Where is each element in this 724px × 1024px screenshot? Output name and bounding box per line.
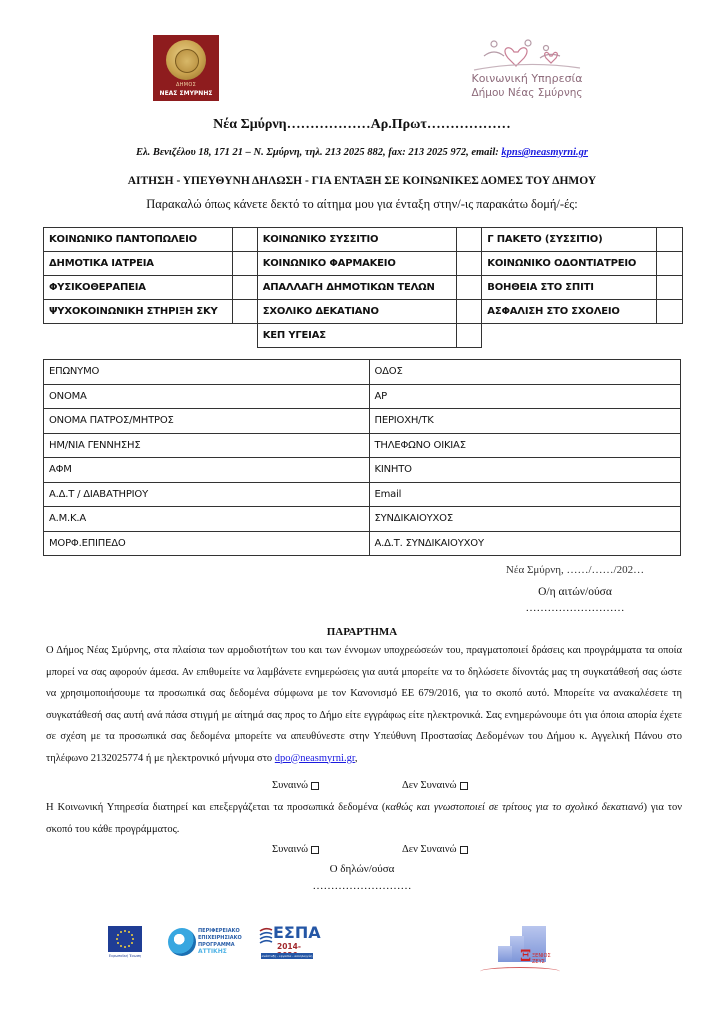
table-row: ΑΦΜΚΙΝΗΤΟ [44, 458, 681, 483]
xi-letter-icon: Ξ [520, 946, 531, 965]
regional-programme-logo: ΠΕΡΙΦΕΡΕΙΑΚΟ ΕΠΙΧΕΙΡΗΣΙΑΚΟ ΠΡΟΓΡΑΜΜΑ ΑΤΤ… [168, 926, 248, 962]
table-row: Α.Μ.Κ.ΑΣΥΝΔΙΚΑΙΟΥΧΟΣ [44, 507, 681, 532]
social-service-logo: Κοινωνική Υπηρεσία Δήμου Νέας Σμύρνης [462, 38, 592, 100]
structure-checkbox[interactable] [657, 228, 683, 252]
personal-field[interactable]: ΚΙΝΗΤΟ [369, 458, 681, 483]
structure-checkbox[interactable] [657, 252, 683, 276]
annex-paragraph-2-start: Η Κοινωνική Υπηρεσία διατηρεί και επεξερ… [46, 802, 385, 813]
structure-checkbox[interactable] [456, 300, 482, 324]
email-link[interactable]: kpns@neasmyrni.gr [501, 147, 588, 158]
empty-cell [482, 324, 657, 348]
table-row: Α.Δ.Τ / ΔΙΑΒΑΤΗΡΙΟΥEmail [44, 482, 681, 507]
structure-checkbox[interactable] [232, 276, 257, 300]
table-row: ΦΥΣΙΚΟΘΕΡΑΠΕΙΑΑΠΑΛΛΑΓΗ ΔΗΜΟΤΙΚΩΝ ΤΕΛΩΝΒΟ… [44, 276, 683, 300]
eu-label: Ευρωπαϊκή Ένωση [100, 954, 150, 958]
annex-paragraph-1-end: , [355, 753, 358, 764]
document-title: ΑΙΤΗΣΗ - ΥΠΕΥΘΥΝΗ ΔΗΛΩΣΗ - ΓΙΑ ΕΝΤΑΞΗ ΣΕ… [0, 175, 724, 187]
star-icon [131, 934, 133, 936]
personal-field[interactable]: ΣΥΝΔΙΚΑΙΟΥΧΟΣ [369, 507, 681, 532]
empty-cell [44, 324, 233, 348]
personal-field[interactable]: ΑΡ [369, 384, 681, 409]
eu-flag-logo [108, 926, 142, 952]
star-icon [120, 945, 122, 947]
applicant-signature-field[interactable]: ……………………… [470, 602, 680, 614]
structure-checkbox[interactable] [456, 252, 482, 276]
declarant-signature-field[interactable]: ……………………… [0, 880, 724, 892]
star-icon [117, 934, 119, 936]
structure-label: ΚΟΙΝΩΝΙΚΟ ΠΑΝΤΟΠΩΛΕΙΟ [44, 228, 233, 252]
table-row: ΚΕΠ ΥΓΕΙΑΣ [44, 324, 683, 348]
star-icon [128, 931, 130, 933]
espa-word: ΕΣΠΑ [273, 923, 321, 942]
table-row: ΗΜ/ΝΙΑ ΓΕΝΝΗΣΗΣΤΗΛΕΦΩΝΟ ΟΙΚΙΑΣ [44, 433, 681, 458]
social-service-logo-line2: Δήμου Νέας Σμύρνης [462, 87, 592, 99]
consent-no-2[interactable]: Δεν Συναινώ [402, 844, 468, 855]
checkbox-icon[interactable] [460, 846, 468, 854]
annex-title: ΠΑΡΑΡΤΗΜΑ [0, 626, 724, 638]
consent-no-1[interactable]: Δεν Συναινώ [402, 780, 468, 791]
empty-cell [657, 324, 683, 348]
consent-yes-1[interactable]: Συναινώ [272, 780, 319, 791]
table-row: ΟΝΟΜΑΑΡ [44, 384, 681, 409]
star-icon [124, 930, 126, 932]
star-icon [120, 931, 122, 933]
xenios-zeus-logo: Ξ ΞΕΝΙΟΣ ΖΕΥΣ [480, 920, 560, 976]
structure-label: ΚΟΙΝΩΝΙΚΟ ΣΥΣΣΙΤΙΟ [257, 228, 456, 252]
municipality-logo-name: ΝΕΑΣ ΣΜΥΡΝΗΣ [153, 90, 219, 97]
consent-yes-2[interactable]: Συναινώ [272, 844, 319, 855]
structure-checkbox[interactable] [232, 252, 257, 276]
personal-field[interactable]: ΜΟΡΦ.ΕΠΙΠΕΔΟ [44, 531, 370, 556]
family-hearts-icon [470, 38, 584, 72]
applicant-label: Ο/η αιτών/ούσα [470, 586, 680, 598]
annex-paragraph-1: Ο Δήμος Νέας Σμύρνης, στα πλαίσια των αρ… [46, 640, 682, 769]
table-row: ΟΝΟΜΑ ΠΑΤΡΟΣ/ΜΗΤΡΟΣΠΕΡΙΟΧΗ/ΤΚ [44, 409, 681, 434]
empty-cell [232, 324, 257, 348]
star-icon [116, 938, 118, 940]
star-icon [128, 945, 130, 947]
address-text: Ελ. Βενιζέλου 18, 171 21 – Ν. Σμύρνη, τη… [136, 147, 501, 158]
consent-yes-label: Συναινώ [272, 780, 308, 791]
checkbox-icon[interactable] [311, 846, 319, 854]
espa-tagline: ανάπτυξη - εργασία - αλληλεγγύη [261, 953, 313, 959]
table-row: ΨΥΧΟΚΟΙΝΩΝΙΚΗ ΣΤΗΡΙΞΗ ΣΚΥΣΧΟΛΙΚΟ ΔΕΚΑΤΙΑ… [44, 300, 683, 324]
structure-checkbox[interactable] [232, 228, 257, 252]
checkbox-icon[interactable] [311, 782, 319, 790]
structure-label: ΔΗΜΟΤΙΚΑ ΙΑΤΡΕΙΑ [44, 252, 233, 276]
personal-details-table: ΕΠΩΝΥΜΟΟΔΟΣΟΝΟΜΑΑΡΟΝΟΜΑ ΠΑΤΡΟΣ/ΜΗΤΡΟΣΠΕΡ… [43, 359, 681, 556]
star-icon [117, 942, 119, 944]
pep-line-1: ΠΕΡΙΦΕΡΕΙΑΚΟ [198, 928, 240, 935]
structure-label: ΣΧΟΛΙΚΟ ΔΕΚΑΤΙΑΝΟ [257, 300, 456, 324]
table-row: ΚΟΙΝΩΝΙΚΟ ΠΑΝΤΟΠΩΛΕΙΟΚΟΙΝΩΝΙΚΟ ΣΥΣΣΙΤΙΟΓ… [44, 228, 683, 252]
municipality-logo: ΔΗΜΟΣ ΝΕΑΣ ΣΜΥΡΝΗΣ [153, 35, 219, 101]
structure-checkbox[interactable] [657, 276, 683, 300]
social-service-logo-line1: Κοινωνική Υπηρεσία [462, 72, 592, 85]
personal-field[interactable]: Α.Μ.Κ.Α [44, 507, 370, 532]
xenios-label: ΞΕΝΙΟΣ ΖΕΥΣ [532, 953, 560, 965]
coin-emblem-icon [166, 40, 206, 80]
star-icon [131, 942, 133, 944]
structure-checkbox[interactable] [657, 300, 683, 324]
structure-label: ΚΟΙΝΩΝΙΚΟ ΦΑΡΜΑΚΕΙΟ [257, 252, 456, 276]
structure-label: Γ ΠΑΚΕΤΟ (ΣΥΣΣΙΤΙΟ) [482, 228, 657, 252]
structure-label: ΒΟΗΘΕΙΑ ΣΤΟ ΣΠΙΤΙ [482, 276, 657, 300]
table-row: ΔΗΜΟΤΙΚΑ ΙΑΤΡΕΙΑΚΟΙΝΩΝΙΚΟ ΦΑΡΜΑΚΕΙΟΚΟΙΝΩ… [44, 252, 683, 276]
personal-field[interactable]: ΤΗΛΕΦΩΝΟ ΟΙΚΙΑΣ [369, 433, 681, 458]
personal-field[interactable]: Α.Δ.Τ / ΔΙΑΒΑΤΗΡΙΟΥ [44, 482, 370, 507]
structure-label: ΚΕΠ ΥΓΕΙΑΣ [257, 324, 456, 348]
structures-table: ΚΟΙΝΩΝΙΚΟ ΠΑΝΤΟΠΩΛΕΙΟΚΟΙΝΩΝΙΚΟ ΣΥΣΣΙΤΙΟΓ… [43, 227, 683, 348]
date-line: Νέα Σμύρνη, ……/……/202… [470, 564, 680, 576]
star-icon [132, 938, 134, 940]
pep-line-2: ΕΠΙΧΕΙΡΗΣΙΑΚΟ [198, 935, 242, 942]
espa-stripes-icon [259, 927, 273, 945]
star-icon [124, 946, 126, 948]
personal-field[interactable]: ΟΝΟΜΑ [44, 384, 370, 409]
annex-paragraph-2-italic: καθώς και γνωστοποιεί σε τρίτους για το … [385, 802, 643, 813]
personal-field[interactable]: ΕΠΩΝΥΜΟ [44, 360, 370, 385]
personal-field[interactable]: ΑΦΜ [44, 458, 370, 483]
structure-label: ΑΣΦΑΛΙΣΗ ΣΤΟ ΣΧΟΛΕΙΟ [482, 300, 657, 324]
structure-label: ΚΟΙΝΩΝΙΚΟ ΟΔΟΝΤΙΑΤΡΕΙΟ [482, 252, 657, 276]
structure-label: ΑΠΑΛΛΑΓΗ ΔΗΜΟΤΙΚΩΝ ΤΕΛΩΝ [257, 276, 456, 300]
espa-logo: ΕΣΠΑ 2014-2020 ανάπτυξη - εργασία - αλλη… [259, 925, 315, 963]
structure-label: ΦΥΣΙΚΟΘΕΡΑΠΕΙΑ [44, 276, 233, 300]
personal-field[interactable]: Α.Δ.Τ. ΣΥΝΔΙΚΑΙΟΥΧΟΥ [369, 531, 681, 556]
structure-label: ΨΥΧΟΚΟΙΝΩΝΙΚΗ ΣΤΗΡΙΞΗ ΣΚΥ [44, 300, 233, 324]
consent-no-label: Δεν Συναινώ [402, 780, 457, 791]
swoosh-icon [480, 967, 560, 976]
annex-paragraph-2: Η Κοινωνική Υπηρεσία διατηρεί και επεξερ… [46, 797, 682, 840]
personal-field[interactable]: Email [369, 482, 681, 507]
annex-paragraph-1-text: Ο Δήμος Νέας Σμύρνης, στα πλαίσια των αρ… [46, 645, 682, 764]
checkbox-icon[interactable] [460, 782, 468, 790]
structure-checkbox[interactable] [232, 300, 257, 324]
structure-checkbox[interactable] [456, 276, 482, 300]
structure-checkbox[interactable] [456, 228, 482, 252]
address-line: Ελ. Βενιζέλου 18, 171 21 – Ν. Σμύρνη, τη… [0, 147, 724, 158]
structure-checkbox[interactable] [456, 324, 482, 348]
table-row: ΜΟΡΦ.ΕΠΙΠΕΔΟΑ.Δ.Τ. ΣΥΝΔΙΚΑΙΟΥΧΟΥ [44, 531, 681, 556]
personal-field[interactable]: ΟΔΟΣ [369, 360, 681, 385]
table-row: ΕΠΩΝΥΜΟΟΔΟΣ [44, 360, 681, 385]
request-text: Παρακαλώ όπως κάνετε δεκτό το αίτημα μου… [0, 197, 724, 212]
consent-no-label: Δεν Συναινώ [402, 844, 457, 855]
consent-yes-label: Συναινώ [272, 844, 308, 855]
swirl-icon [168, 928, 196, 956]
dpo-email-link[interactable]: dpo@neasmyrni.gr [275, 753, 355, 764]
municipality-logo-small-text: ΔΗΜΟΣ [153, 82, 219, 88]
personal-field[interactable]: ΗΜ/ΝΙΑ ΓΕΝΝΗΣΗΣ [44, 433, 370, 458]
place-protocol-line: Νέα Σμύρνη………………Αρ.Πρωτ……………… [0, 117, 724, 133]
personal-field[interactable]: ΠΕΡΙΟΧΗ/ΤΚ [369, 409, 681, 434]
pep-line-4: ΑΤΤΙΚΗΣ [198, 949, 227, 956]
personal-field[interactable]: ΟΝΟΜΑ ΠΑΤΡΟΣ/ΜΗΤΡΟΣ [44, 409, 370, 434]
declarant-label: Ο δηλών/ούσα [0, 863, 724, 875]
